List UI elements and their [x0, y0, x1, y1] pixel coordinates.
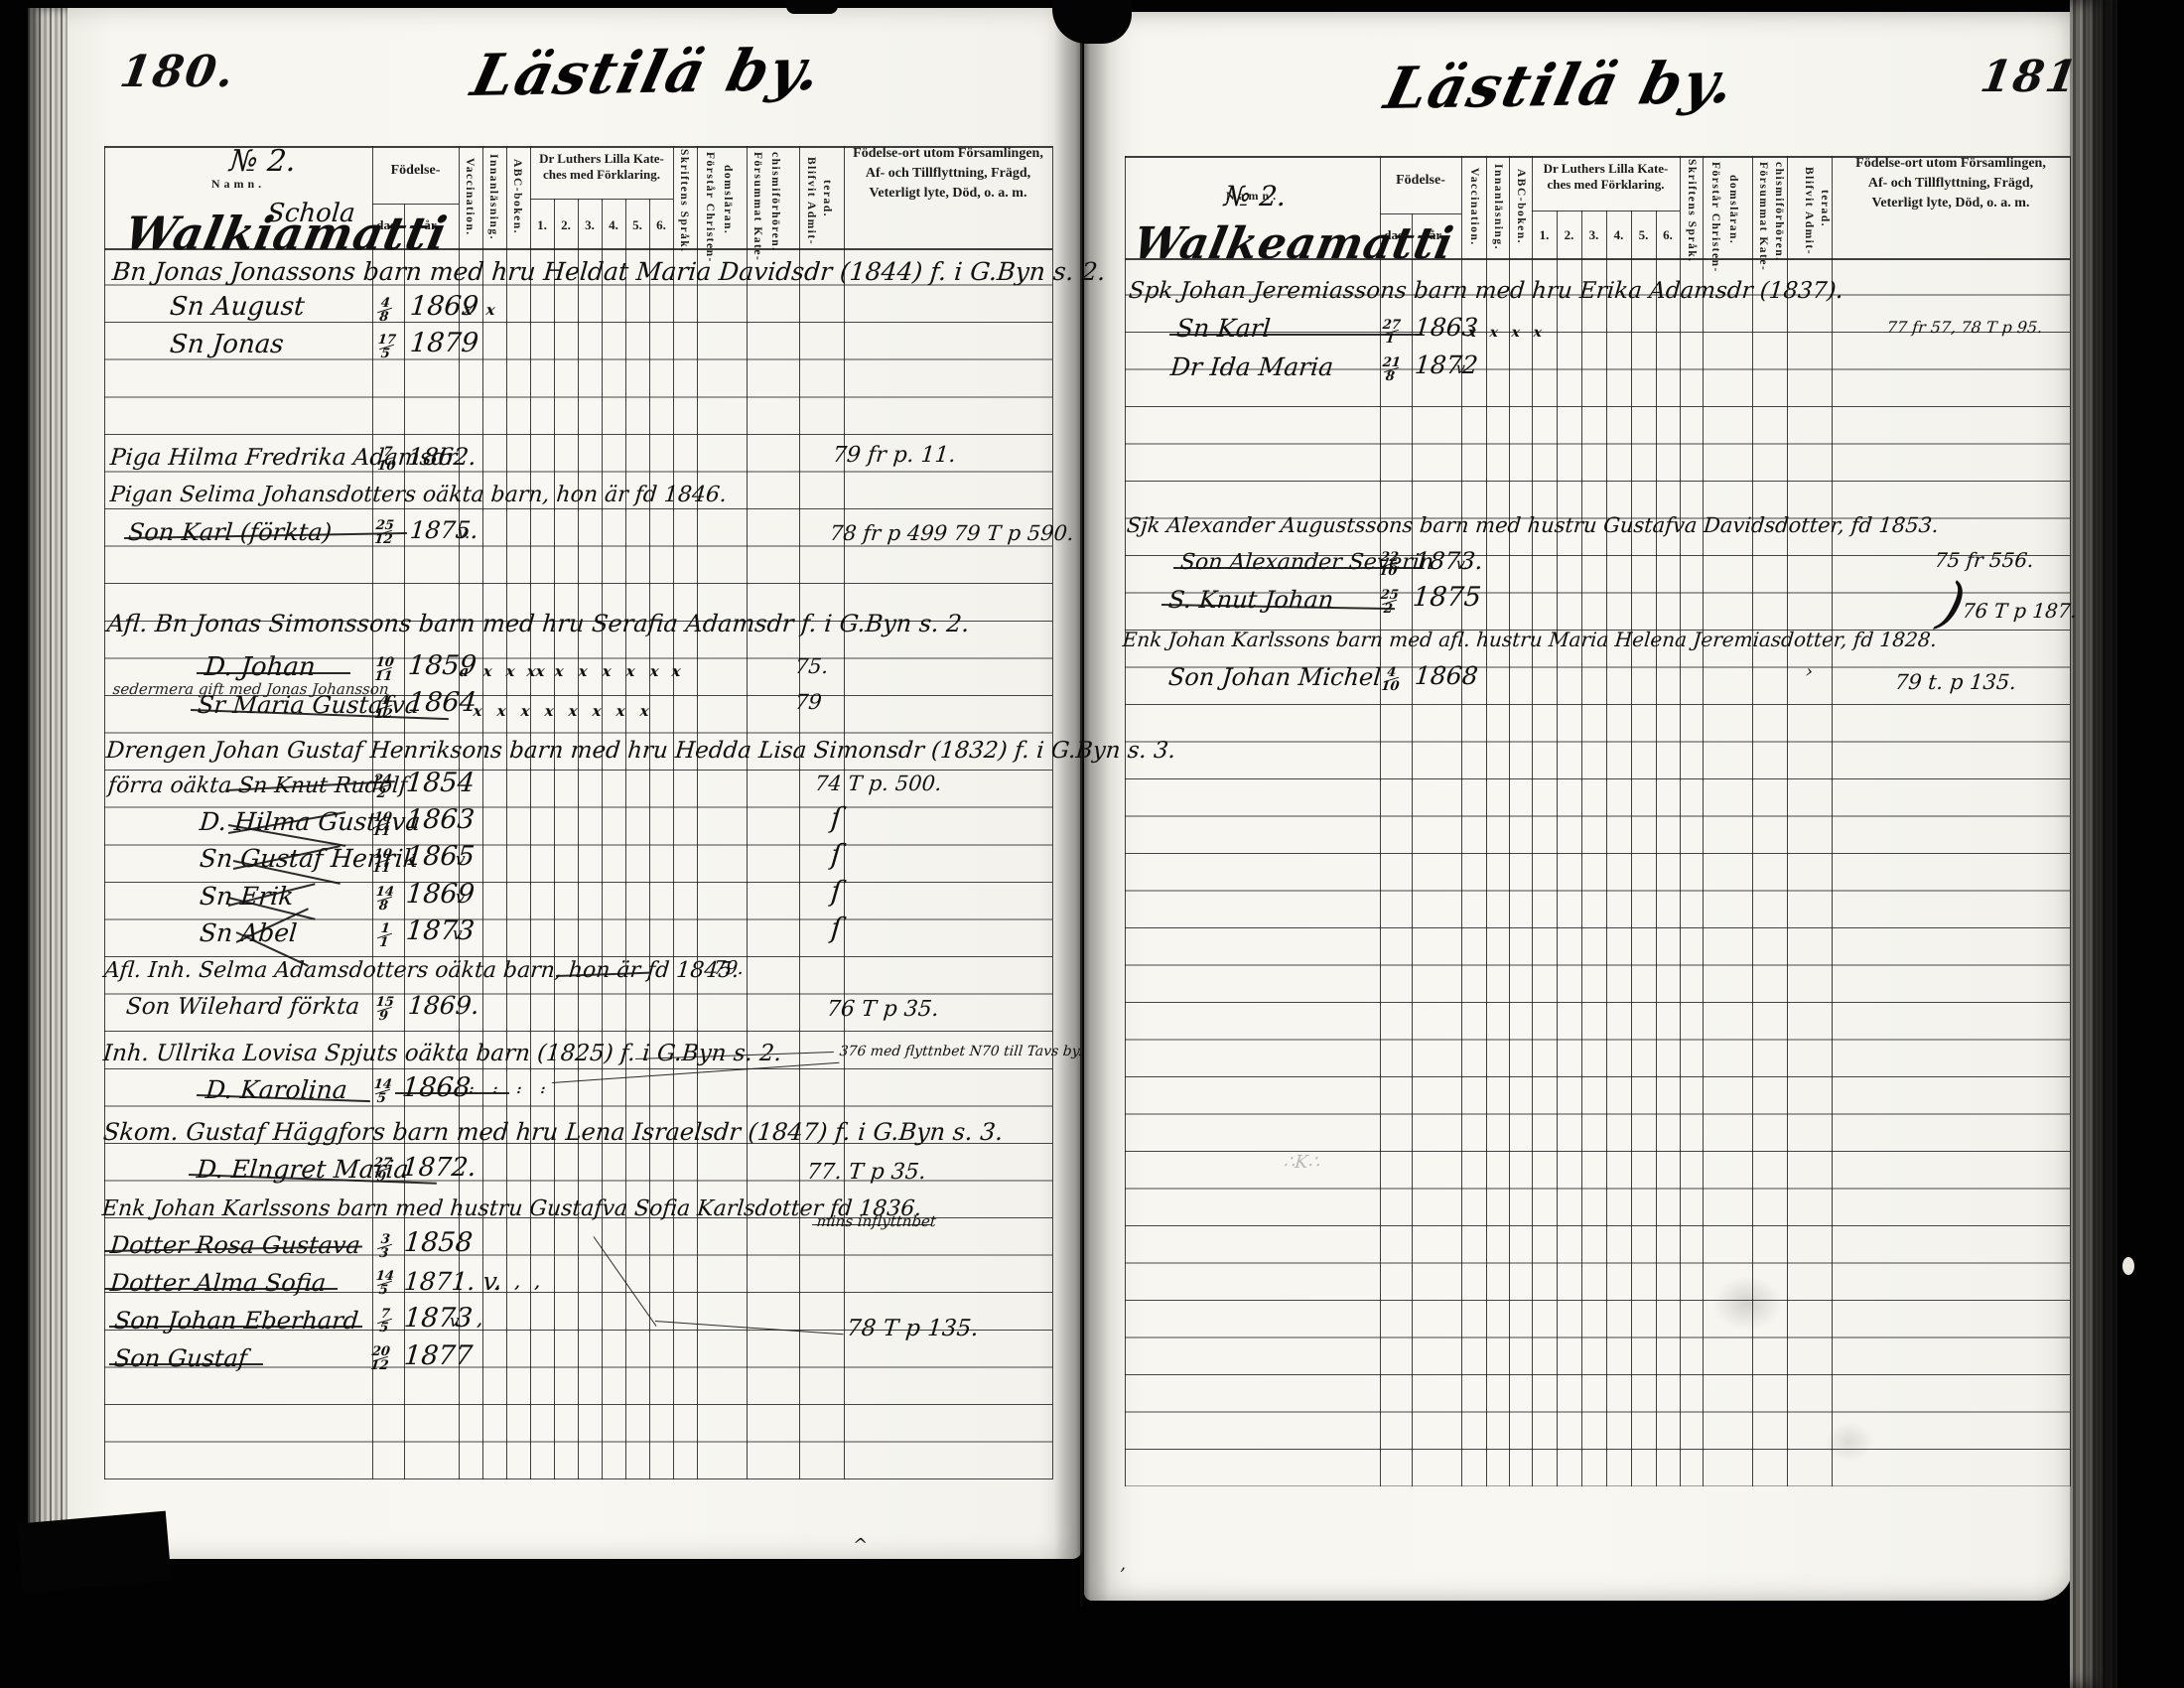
margin-note: 79 t. p 135.: [1894, 672, 2017, 693]
col-header-kateches-3-left: 3.: [578, 217, 602, 233]
col-header-wide3-left: Veterligt lyte, Död, o. a. m.: [844, 186, 1052, 202]
col-header-forstar2-left: domsläran.: [722, 152, 734, 247]
entry-name: Sn Abel: [199, 920, 298, 945]
margin-note: 79.: [713, 959, 745, 978]
family-header: Afl. Bn Jonas Simonssons barn med hru Se…: [106, 612, 970, 635]
col-header-wide3-right: Veterligt lyte, Död, o. a. m.: [1832, 196, 2070, 211]
strike-line: [109, 1326, 362, 1328]
handwritten-text: x: [520, 704, 530, 719]
birth-date: 159: [374, 997, 395, 1022]
handwritten-text: x: [1489, 326, 1499, 340]
family-header: Pigan Selima Johansdotters oäkta barn, h…: [109, 485, 728, 506]
handwritten-text: x: [473, 704, 482, 719]
margin-note: 76 T p 187.: [1962, 601, 2078, 621]
birth-year: 1873.: [1414, 549, 1484, 573]
col-header-forsummat1-right: Försummat Kate-: [1757, 162, 1769, 257]
handwritten-text: x: [544, 704, 554, 719]
birth-date: 242: [372, 774, 393, 799]
birth-year: 1864: [407, 689, 478, 716]
handwritten-text: :: [469, 1083, 475, 1096]
family-header: Sjk Alexander Augustssons barn med hustr…: [1126, 515, 1940, 536]
entry-name: Dotter Alma Sofia: [109, 1271, 327, 1295]
col-header-forsummat1-left: Försummat Kate-: [751, 152, 763, 247]
handwritten-text: v: [455, 890, 466, 907]
handwritten-text: x: [649, 664, 659, 679]
col-header-kateches-4-left: 4.: [602, 217, 625, 233]
col-header-fodelse-right: Födelse-: [1380, 173, 1461, 189]
strike-line: [197, 672, 350, 674]
handwritten-text: :: [516, 1083, 522, 1096]
col-header-kateches-line2-left: ches med Förklaring.: [530, 167, 673, 183]
birth-year: 1868: [401, 1074, 472, 1101]
torn-page-edge: [28, 8, 68, 1557]
birth-year: 1872.: [401, 1155, 478, 1181]
birth-year: 1873: [403, 1305, 474, 1332]
col-header-kateches-2-right: 2.: [1557, 227, 1581, 243]
entry-name: Piga Hilma Fredrika Adamsdr: [109, 447, 458, 470]
col-header-innanlasning-left: Innanläsning.: [487, 149, 499, 244]
col-header-wide2-left: Af- och Tillflyttning, Frägd,: [844, 166, 1052, 182]
col-header-fodelse-left: Födelse-: [372, 163, 459, 179]
farm-name-right: Walkeamatti: [1130, 222, 1457, 266]
col-header-blifvit2-right: terad.: [1819, 167, 1831, 250]
handwritten-text: x: [1511, 326, 1521, 340]
table-row-lines: [1125, 258, 2070, 1486]
family-header: Drengen Johan Gustaf Henriksons barn med…: [105, 740, 1176, 763]
strike-line: [812, 1224, 931, 1225]
birth-date: 218: [1381, 357, 1402, 382]
col-header-abc-left: ABC-boken.: [511, 149, 523, 244]
scan-speck: [2122, 1257, 2134, 1275]
birth-date: 252: [1379, 590, 1400, 615]
birth-year: 1858: [403, 1229, 474, 1256]
col-header-wide1-left: Födelse-ort utom Församlingen,: [844, 146, 1052, 162]
scanned-book-spread: Namn. Födelse- dag. år. Vaccination. Inn…: [0, 0, 2184, 1688]
handwritten-text: v.: [449, 1314, 463, 1331]
birth-year: 1879: [409, 330, 479, 356]
birth-date: 75: [376, 1309, 394, 1334]
col-header-forstar2-right: domsläran.: [1727, 162, 1739, 257]
col-header-kateches-1-right: 1.: [1532, 227, 1557, 243]
col-header-innanlasning-right: Innanläsning.: [1492, 159, 1504, 254]
handwritten-text: x: [578, 664, 588, 679]
margin-note: 376 med flyttnbet N70 till Tavs by.: [839, 1045, 1083, 1058]
col-header-namn-left: Namn.: [189, 177, 288, 192]
page-stack-edge: [2070, 0, 2117, 1688]
handwritten-text: :: [540, 1083, 546, 1096]
entry-name: Sn Erik: [199, 884, 295, 909]
handwritten-text: x: [1533, 326, 1543, 340]
col-header-kateches-1-left: 1.: [530, 217, 554, 233]
table-rule-line: [1380, 213, 1461, 214]
handwritten-text: v.: [457, 525, 471, 542]
family-header: Bn Jonas Jonassons barn med hru Heldat M…: [111, 259, 1107, 284]
strike-line: [109, 1363, 263, 1365]
family-header: Spk Johan Jeremiassons barn med hru Erik…: [1128, 280, 1844, 303]
entry-name: Dr Ida Maria: [1169, 354, 1334, 379]
birth-date: 412: [374, 695, 395, 720]
handwritten-text: x: [1467, 326, 1477, 340]
page-number-right: 181: [1978, 56, 2082, 99]
birth-date: 148: [374, 887, 395, 912]
table-column-line: [1052, 146, 1053, 1479]
birth-date: 2012: [370, 1346, 391, 1371]
table-column-line: [2070, 156, 2071, 1486]
scan-shadow-corner: [17, 1511, 172, 1594]
house-number-right: № 2.: [1223, 183, 1288, 211]
handwritten-text: v: [452, 926, 463, 943]
margin-note: 78 T p 135.: [846, 1318, 979, 1340]
margin-note: 77 fr 57, 78 T p 95.: [1886, 320, 2043, 336]
entry-name: Son Johan Michel: [1167, 665, 1382, 689]
stray-mark: ʼ: [1118, 1567, 1125, 1585]
birth-date: 145: [372, 1079, 393, 1104]
birth-year: 1872: [1414, 352, 1479, 377]
entry-name: Son Wilehard förkta: [125, 996, 360, 1019]
birth-date: 33: [376, 1234, 394, 1259]
handwritten-text: xx: [526, 664, 545, 679]
col-header-vaccination-right: Vaccination.: [1468, 159, 1480, 254]
birth-year: 1868: [1414, 663, 1479, 688]
entry-name: Sn Karl: [1175, 316, 1272, 341]
family-header: Enk Johan Karlssons barn med afl. hustru…: [1122, 630, 1938, 649]
birth-date: 710: [377, 447, 398, 472]
margin-note: mins inflyttnbet: [816, 1214, 937, 1229]
birth-date: 48: [376, 298, 394, 323]
col-header-wide2-right: Af- och Tillflyttning, Frägd,: [1832, 176, 2070, 192]
handwritten-text: x: [568, 704, 578, 719]
birth-year: 1877: [403, 1342, 474, 1369]
birth-date: 271: [1381, 320, 1402, 345]
margin-note: 77. T p 35.: [806, 1162, 927, 1184]
col-header-blifvit1-right: Blifvit Admit-: [1803, 167, 1815, 250]
farm-name-left: Walkiamatti: [121, 211, 451, 256]
entry-name: Sn August: [169, 294, 306, 320]
birth-year: 1873: [405, 917, 476, 944]
margin-note: 75 fr 556.: [1934, 550, 2034, 570]
handwritten-text: x: [463, 303, 473, 318]
entry-name: Son Johan Eberhard: [113, 1309, 359, 1333]
handwritten-text: x: [625, 664, 635, 679]
col-header-kateches-line1-left: Dr Luthers Lilla Kate-: [530, 151, 673, 167]
col-header-kateches-5-right: 5.: [1631, 227, 1656, 243]
col-header-vaccination-left: Vaccination.: [464, 149, 476, 244]
birth-date: 410: [1381, 667, 1402, 692]
handwritten-text: x: [496, 704, 506, 719]
col-header-kateches-2-left: 2.: [554, 217, 578, 233]
birth-year: 1854: [405, 770, 476, 796]
pencil-smudge-text: ∴K∴: [1283, 1154, 1320, 1172]
col-header-kateches-6-left: 6.: [649, 217, 673, 233]
entry-name: förra oäkta Sn Knut Rudolf: [107, 775, 408, 797]
handwritten-text: x: [602, 664, 612, 679]
col-header-kateches-line1-right: Dr Luthers Lilla Kate-: [1532, 161, 1680, 177]
margin-note: 76 T p 35.: [826, 999, 940, 1021]
birth-date: 175: [376, 335, 397, 359]
handwritten-text: x: [615, 704, 625, 719]
birth-date: 1011: [372, 812, 393, 837]
page-title-right: Lästilä by.: [1380, 54, 1741, 117]
entry-name: Son Karl (förkta): [127, 520, 333, 544]
margin-note: 74 T p. 500.: [814, 774, 942, 794]
family-header: Skom. Gustaf Häggfors barn med hru Lena …: [102, 1120, 1004, 1144]
strike-line: [104, 1288, 338, 1290]
handwritten-text: :: [492, 1083, 498, 1096]
handwritten-text: x: [639, 704, 649, 719]
margin-note: 79: [794, 692, 823, 713]
birth-date: 11: [376, 923, 394, 948]
scan-ink-blob: [786, 0, 838, 14]
birth-date: 145: [374, 1271, 395, 1296]
col-header-wide1-right: Födelse-ort utom Församlingen,: [1832, 156, 2070, 172]
family-header: Inh. Ullrika Lovisa Spjuts oäkta barn (1…: [102, 1043, 782, 1065]
col-header-skriftens-left: Skriftens Språk.: [678, 149, 690, 244]
col-header-abc-right: ABC-boken.: [1515, 159, 1527, 254]
col-header-blifvit1-left: Blifvit Admit-: [805, 157, 817, 240]
handwritten-text: x: [554, 664, 564, 679]
handwritten-text: v: [1455, 360, 1465, 376]
house-number-left: № 2.: [228, 147, 297, 177]
col-header-forsummat2-left: chismiförhören.: [769, 152, 781, 247]
handwritten-text: x: [505, 664, 515, 679]
margin-note: 75.: [794, 656, 829, 677]
entry-name: Dotter Rosa Gustava: [109, 1233, 361, 1257]
handwritten-text: x: [592, 704, 602, 719]
handwritten-text: v: [455, 852, 466, 869]
col-header-blifvit2-left: terad.: [821, 157, 833, 240]
col-header-kateches-line2-right: ches med Förklaring.: [1532, 177, 1680, 193]
col-header-forstar1-left: Förstår Christen-: [704, 152, 716, 247]
page-title-left: Lästilä by.: [467, 41, 828, 104]
birth-date: 1011: [374, 657, 395, 682]
entry-name: D. Johan: [204, 654, 317, 680]
entry-name: Son Gustaf: [113, 1346, 248, 1370]
col-header-kateches-5-left: 5.: [625, 217, 649, 233]
table-rule-line: [372, 204, 459, 205]
birth-year: 1869.: [407, 993, 480, 1018]
handwritten-text: x: [482, 664, 492, 679]
birth-date: 279: [372, 1158, 393, 1183]
col-header-kateches-6-right: 6.: [1656, 227, 1680, 243]
page-number-left: 180.: [117, 51, 238, 94]
handwritten-text: v.: [1455, 556, 1469, 572]
birth-year: 1875: [1412, 584, 1482, 611]
col-header-forsummat2-right: chismiförhören.: [1773, 162, 1785, 257]
birth-date: 1011: [372, 849, 393, 874]
birth-year: 1862.: [407, 445, 478, 469]
entry-name: Sn Jonas: [169, 332, 285, 357]
col-header-kateches-4-right: 4.: [1606, 227, 1631, 243]
birth-date: 2210: [1379, 552, 1400, 577]
margin-note: 79 fr p. 11.: [832, 445, 957, 467]
birth-date: 2512: [374, 520, 395, 545]
family-header: Enk Johan Karlssons barn med hustru Gust…: [101, 1198, 922, 1220]
birth-year: 1863: [405, 806, 476, 833]
stray-mark: ^: [852, 1537, 869, 1555]
col-header-forstar1-right: Förstår Christen-: [1709, 162, 1721, 257]
handwritten-text: a: [459, 664, 470, 679]
handwritten-text: x: [485, 303, 495, 318]
birth-year: 1871. v.: [403, 1269, 503, 1294]
binding-gutter-line: [1080, 0, 1083, 1607]
col-header-kateches-3-right: 3.: [1581, 227, 1606, 243]
col-header-skriftens-right: Skriftens Språk.: [1686, 159, 1698, 254]
margin-note: 78 fr p 499 79 T p 590.: [829, 523, 1075, 544]
handwritten-text: x: [671, 664, 681, 679]
